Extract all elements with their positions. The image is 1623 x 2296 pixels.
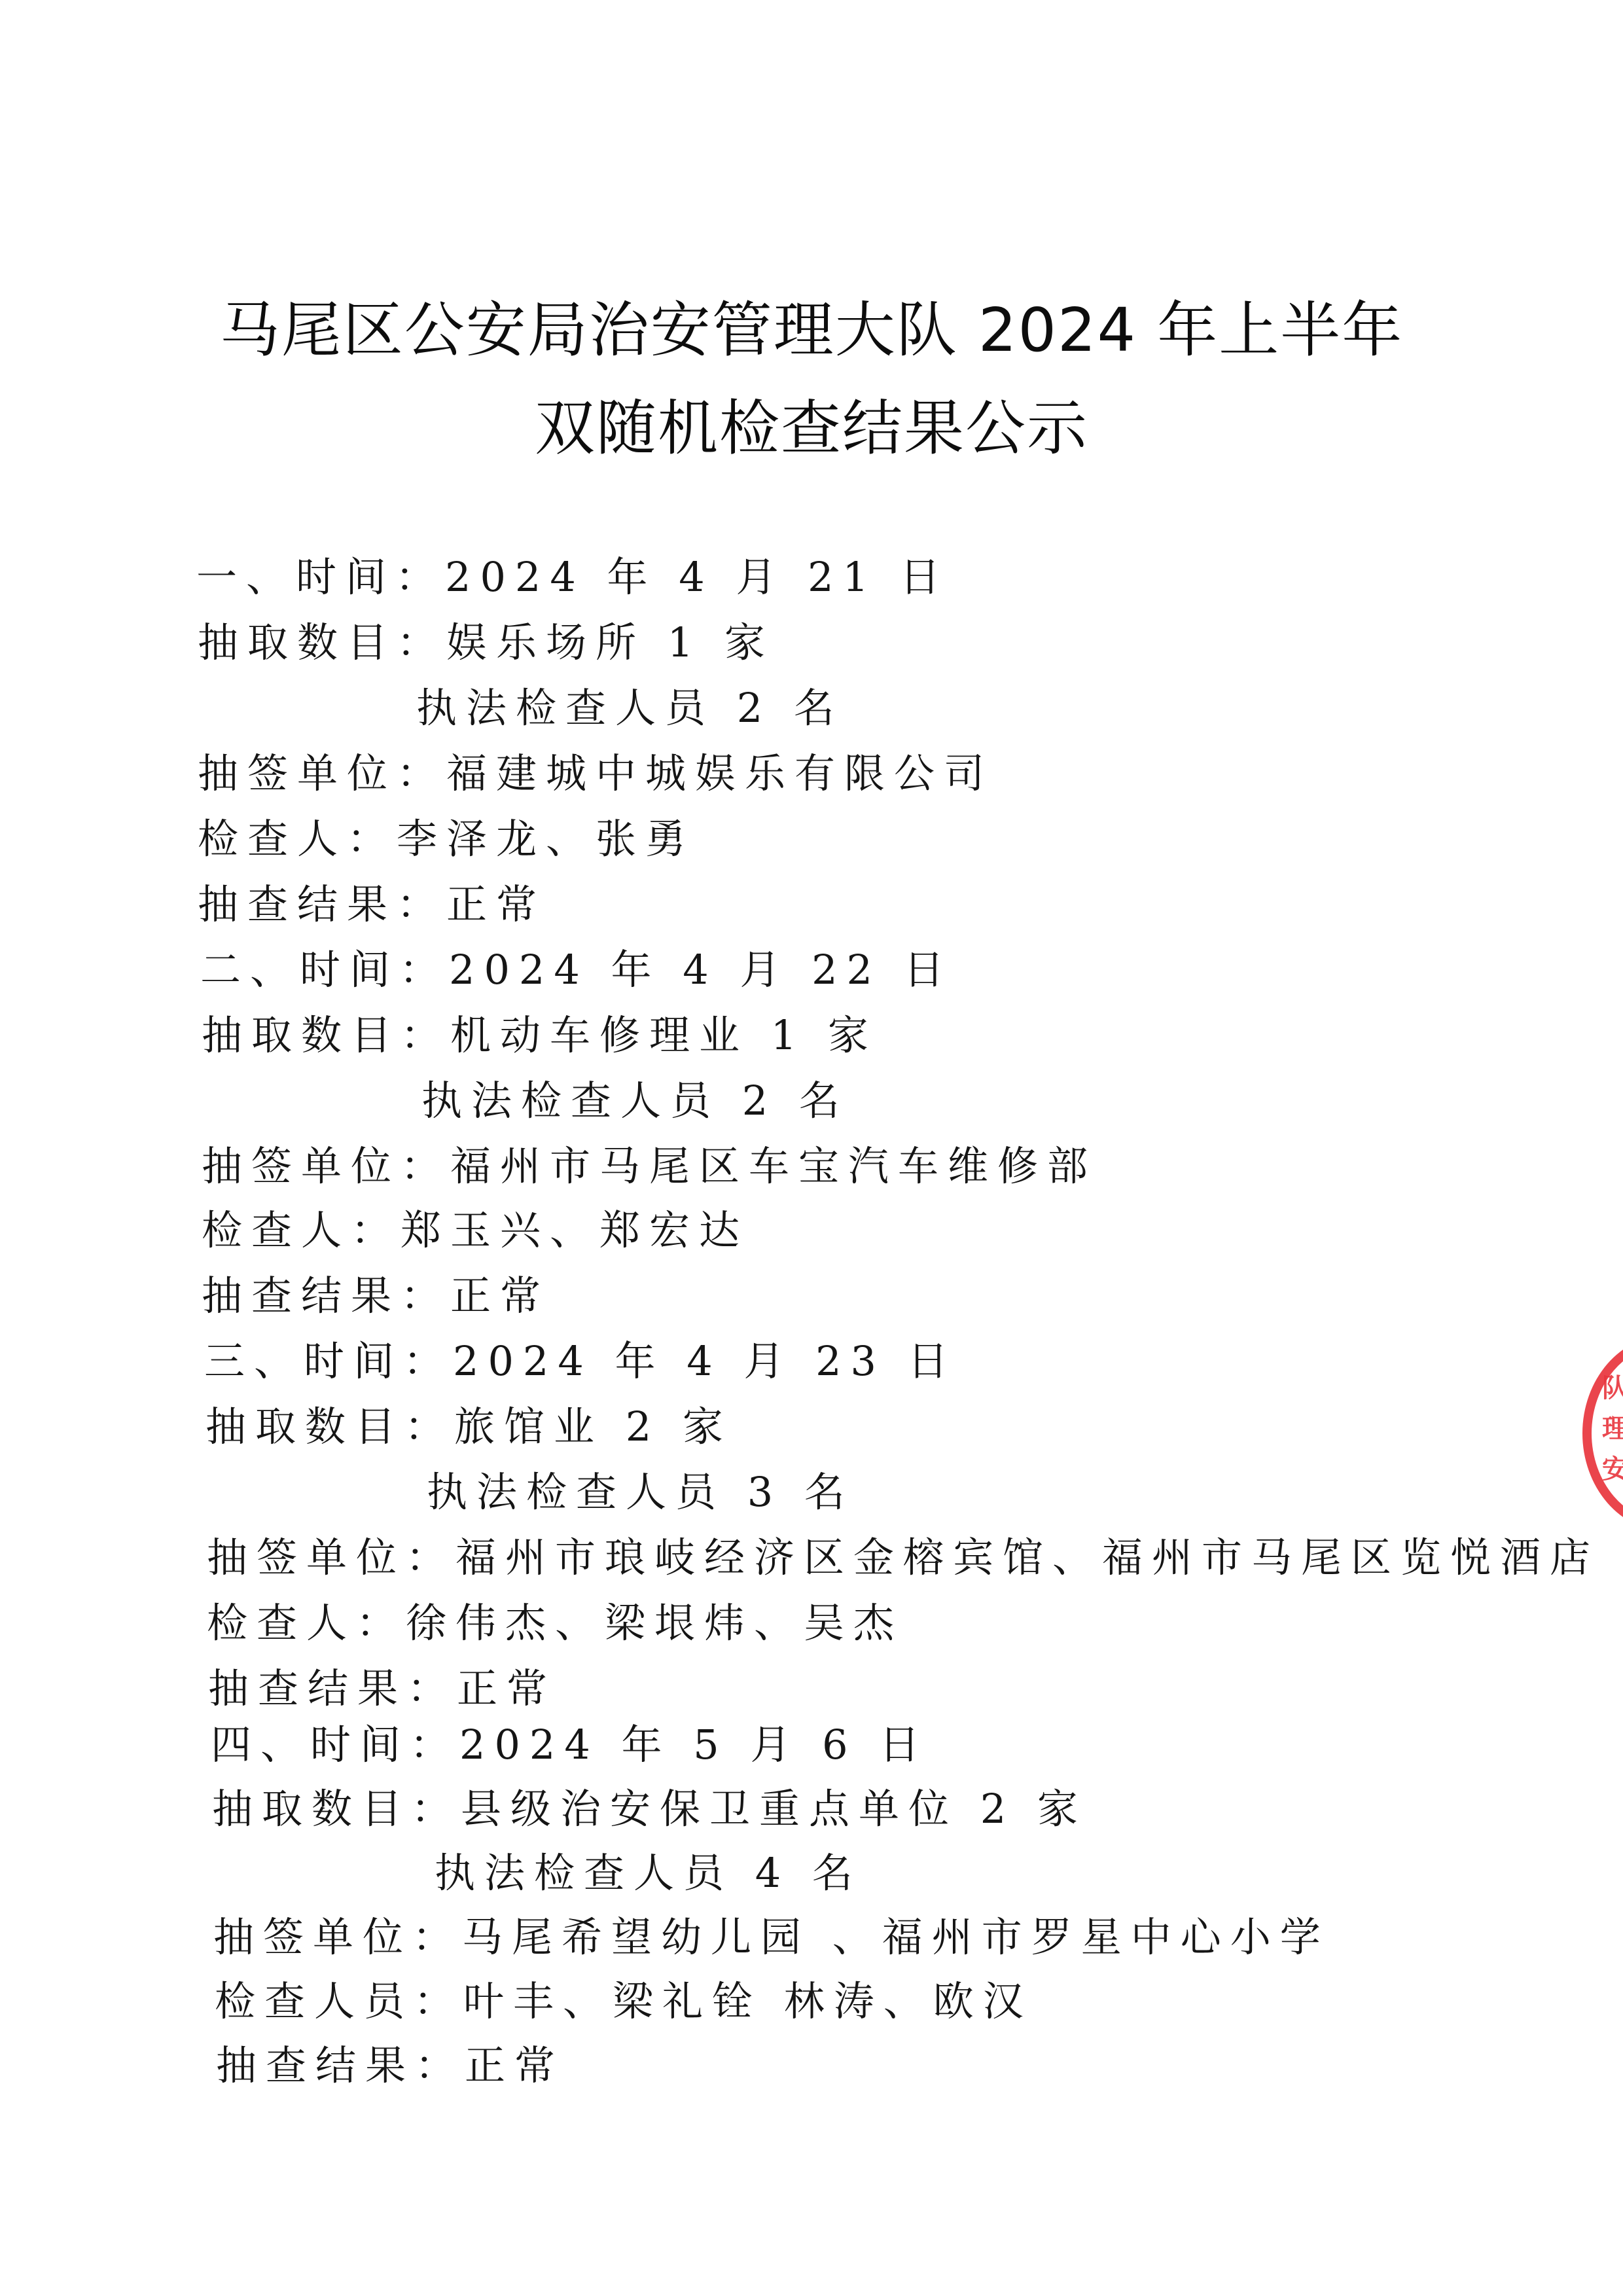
inspector-label: 检查人： [207,1599,406,1647]
inspector-label: 检查人： [198,815,397,863]
official-seal-text: 队 理 安 [1602,1368,1623,1490]
time-label: 二、时间： [200,946,449,994]
seal-glyph: 理 [1602,1408,1623,1449]
inspector-label: 检查人员： [215,1977,463,2025]
record-4-inspectors: 检查人员：叶丰、梁礼铨 林涛、欧汉 [215,1975,1033,2028]
seal-glyph: 队 [1602,1368,1623,1408]
record-1-unit: 抽签单位：福建城中城娱乐有限公司 [198,747,993,800]
count-value: 娱乐场所 1 家 [446,619,774,666]
record-4-count: 抽取数目：县级治安保卫重点单位 2 家 [212,1783,1087,1835]
inspector-value: 李泽龙、张勇 [397,815,695,863]
time-label: 一、时间： [196,553,445,601]
unit-value: 福州市马尾区车宝汽车维修部 [450,1142,1097,1190]
record-3-count: 抽取数目：旅馆业 2 家 [205,1401,732,1453]
staff-count-value: 执法检查人员 2 名 [421,1077,849,1124]
unit-label: 抽签单位： [198,749,446,797]
record-4-time: 四、时间：2024 年 5 月 6 日 [211,1719,929,1771]
count-value: 旅馆业 2 家 [454,1403,732,1450]
staff-count-value: 执法检查人员 2 名 [416,684,844,732]
record-2-time: 二、时间：2024 年 4 月 22 日 [200,944,954,996]
result-label: 抽查结果： [198,880,446,928]
record-3-staff-count: 执法检查人员 3 名 [427,1466,854,1518]
count-label: 抽取数目： [205,1403,454,1450]
inspection-records: 一、时间：2024 年 4 月 21 日 抽取数目：娱乐场所 1 家 执法检查人… [0,0,1623,2296]
record-3-unit: 抽签单位：福州市琅岐经济区金榕宾馆、福州市马尾区览悦酒店 [207,1532,1599,1584]
record-1-count: 抽取数目：娱乐场所 1 家 [198,617,774,669]
record-2-staff-count: 执法检查人员 2 名 [421,1075,849,1127]
record-4-staff-count: 执法检查人员 4 名 [435,1847,862,1899]
record-2-result: 抽查结果：正常 [202,1270,550,1322]
result-label: 抽查结果： [216,2041,465,2089]
inspector-value: 徐伟杰、梁垠炜、吴杰 [406,1599,903,1647]
unit-value: 福州市琅岐经济区金榕宾馆、福州市马尾区览悦酒店 [455,1534,1599,1581]
result-label: 抽查结果： [202,1272,450,1319]
count-label: 抽取数目： [198,619,446,666]
record-4-result: 抽查结果：正常 [216,2039,564,2092]
unit-value: 福建城中城娱乐有限公司 [446,749,993,797]
time-label: 三、时间： [204,1337,453,1385]
record-1-result: 抽查结果：正常 [198,878,546,931]
record-3-inspectors: 检查人：徐伟杰、梁垠炜、吴杰 [207,1597,903,1649]
seal-glyph: 安 [1602,1449,1623,1490]
time-value: 2024 年 4 月 22 日 [449,946,954,994]
unit-label: 抽签单位： [202,1142,450,1190]
unit-label: 抽签单位： [213,1913,462,1961]
result-label: 抽查结果： [208,1664,457,1712]
result-value: 正常 [457,1664,556,1712]
time-value: 2024 年 4 月 21 日 [445,553,950,601]
record-2-count: 抽取数目：机动车修理业 1 家 [202,1009,878,1062]
count-label: 抽取数目： [212,1785,461,1833]
staff-count-value: 执法检查人员 3 名 [427,1468,854,1516]
record-1-staff-count: 执法检查人员 2 名 [416,682,844,734]
record-3-result: 抽查结果：正常 [208,1662,556,1715]
record-2-unit: 抽签单位：福州市马尾区车宝汽车维修部 [202,1140,1097,1193]
time-value: 2024 年 5 月 6 日 [459,1721,929,1768]
record-4-unit: 抽签单位：马尾希望幼儿园 、福州市罗星中心小学 [213,1911,1330,1964]
count-value: 机动车修理业 1 家 [450,1011,878,1059]
record-1-time: 一、时间：2024 年 4 月 21 日 [196,551,950,603]
count-label: 抽取数目： [202,1011,450,1059]
time-value: 2024 年 4 月 23 日 [453,1337,957,1385]
time-label: 四、时间： [211,1721,459,1768]
inspector-value: 叶丰、梁礼铨 林涛、欧汉 [463,1977,1033,2025]
record-1-inspectors: 检查人：李泽龙、张勇 [198,813,695,865]
inspector-value: 郑玉兴、郑宏达 [401,1206,749,1254]
result-value: 正常 [450,1272,550,1319]
unit-value: 马尾希望幼儿园 、福州市罗星中心小学 [462,1913,1330,1961]
staff-count-value: 执法检查人员 4 名 [435,1849,862,1897]
record-3-time: 三、时间：2024 年 4 月 23 日 [204,1335,957,1388]
inspector-label: 检查人： [202,1206,401,1254]
unit-label: 抽签单位： [207,1534,455,1581]
result-value: 正常 [446,880,546,928]
result-value: 正常 [465,2041,564,2089]
count-value: 县级治安保卫重点单位 2 家 [461,1785,1087,1833]
record-2-inspectors: 检查人：郑玉兴、郑宏达 [202,1204,749,1257]
